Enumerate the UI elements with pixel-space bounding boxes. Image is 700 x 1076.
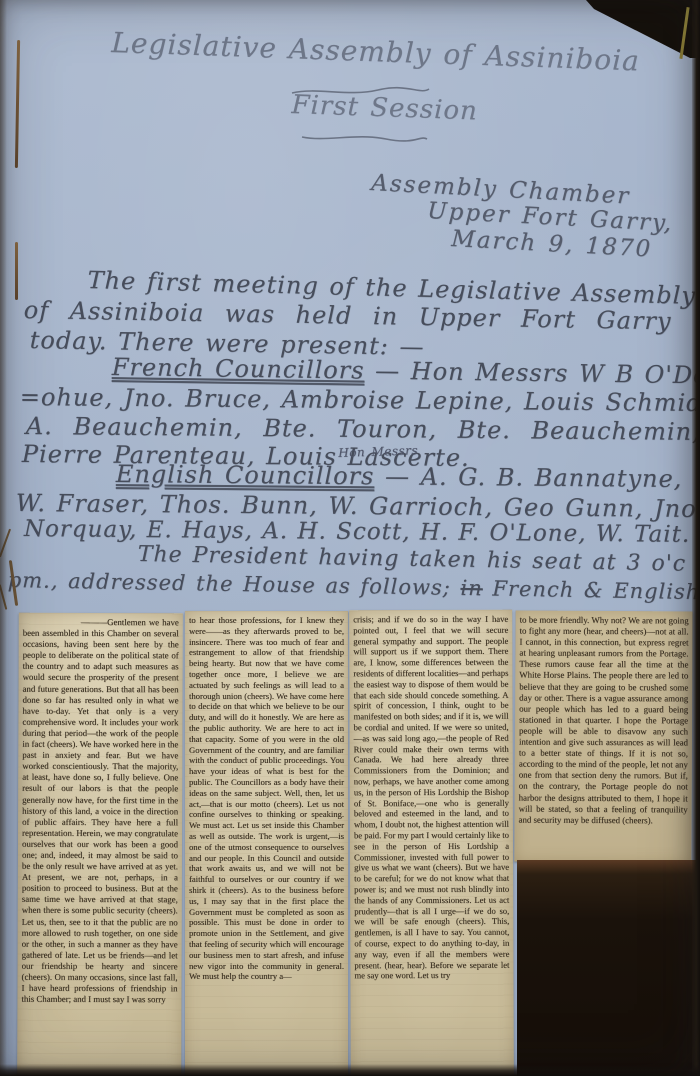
- newspaper-clipping-column-2: to hear those professions, for I knew th…: [185, 611, 348, 1076]
- manuscript-line-english-names-2: Norquay, E. Hays, A. H. Scott, H. F. O'L…: [24, 516, 691, 548]
- french-councillors-start: — Hon Messrs W B O'Don=: [364, 357, 700, 390]
- photo-dark-corner-bottom-right: [517, 860, 700, 1076]
- manuscript-line-english-councillors: English Councillors — A. G. B. Bannatyne…: [116, 460, 683, 493]
- newspaper-clipping-column-4: to be more friendly. Why not? We are not…: [514, 611, 692, 863]
- manuscript-subtitle: First Session: [291, 90, 478, 126]
- english-councillors-start: — A. G. B. Bannatyne,: [374, 462, 682, 493]
- french-councillors-heading: French Councillors: [112, 353, 365, 385]
- photo-edge-left: [0, 0, 7, 1076]
- struck-word-in: in: [460, 576, 483, 600]
- scrapbook-page-photo: Legislative Assembly of Assiniboia First…: [0, 0, 700, 1076]
- newspaper-clipping-column-1: ———Gentlemen we have been assembled in t…: [17, 613, 183, 1076]
- french-english-text: French & English:: [483, 576, 700, 604]
- binding-stitch-top: [15, 40, 20, 168]
- binding-stitch-middle: [15, 242, 18, 300]
- newspaper-clipping-column-3: crisis; and if we do so in the way I hav…: [349, 610, 514, 1076]
- photo-edge-right: [692, 0, 700, 1076]
- photo-edge-bottom: [0, 1064, 700, 1076]
- english-councillors-heading: English Councillors: [116, 460, 375, 490]
- manuscript-title: Legislative Assembly of Assiniboia: [111, 26, 641, 77]
- subtitle-underline-flourish: [300, 130, 430, 144]
- addressed-house-text: pm., addressed the House as follows;: [8, 568, 461, 600]
- inserted-hon-messrs: Hon Messrs: [338, 443, 418, 460]
